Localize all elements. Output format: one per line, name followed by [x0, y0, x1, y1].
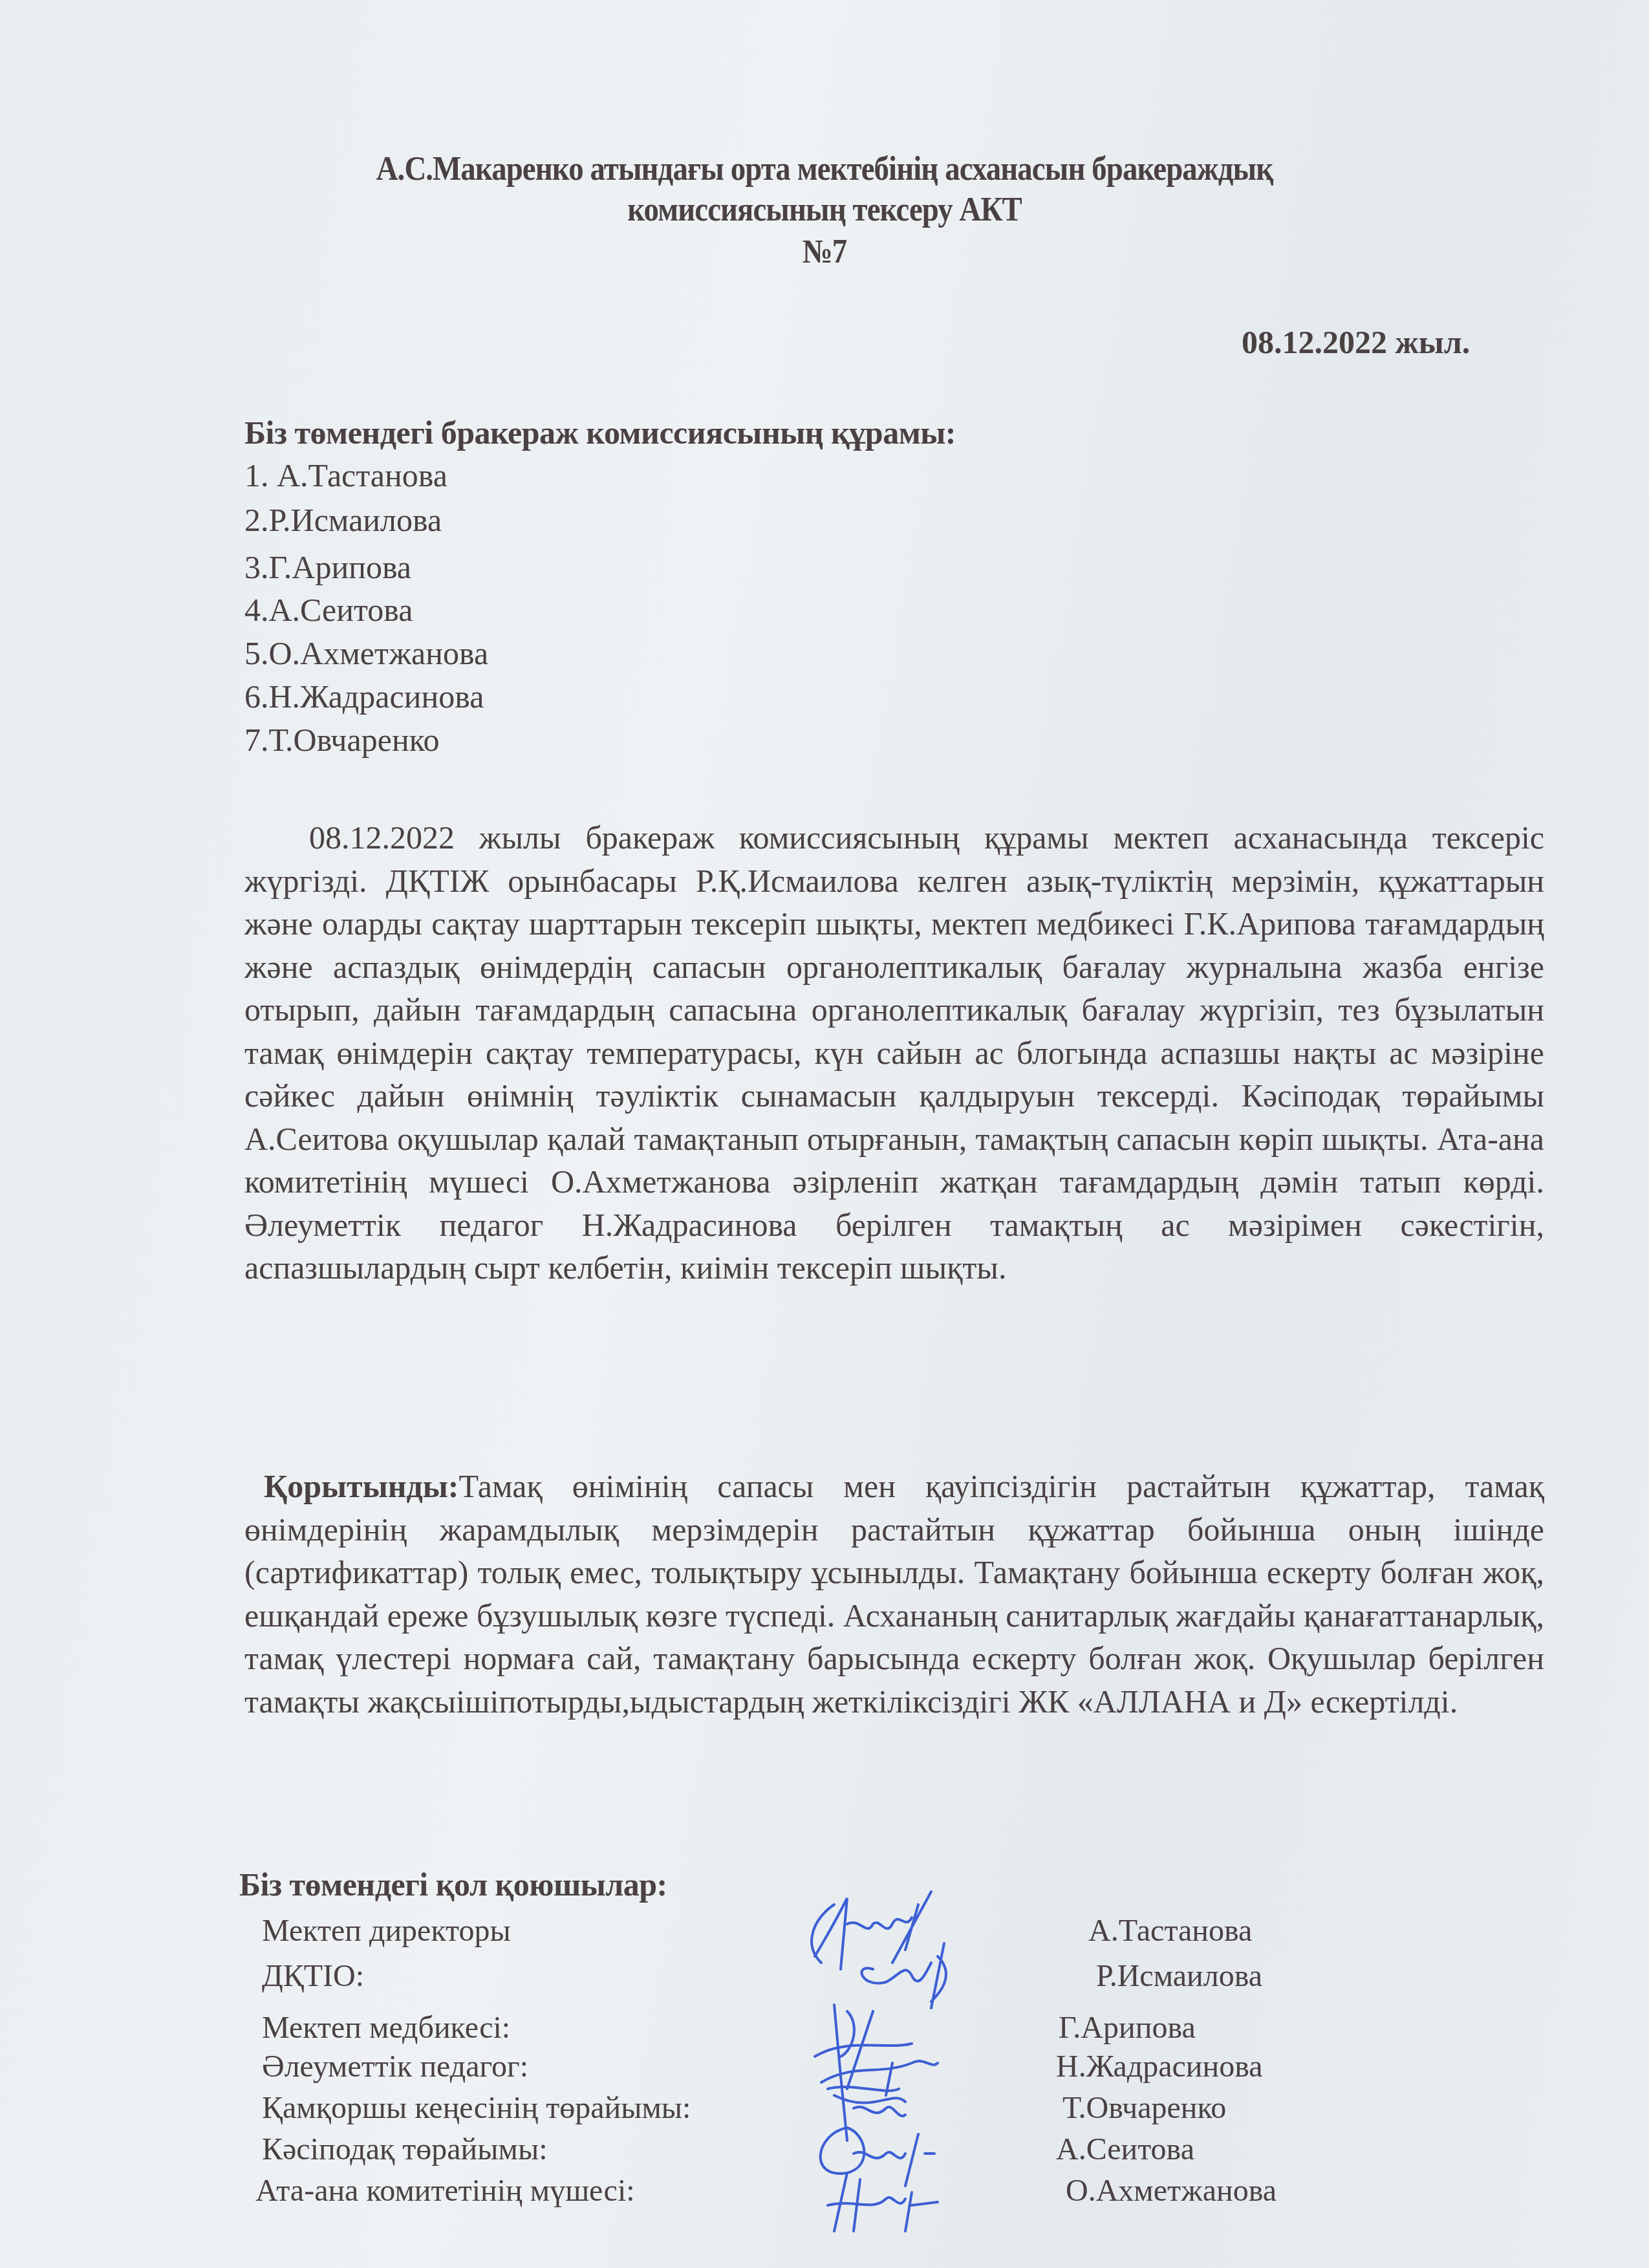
- signatory-role: Қамқоршы кеңесінің төрайымы:: [262, 2090, 691, 2126]
- commission-member: 6.Н.Жадрасинова: [244, 678, 484, 715]
- conclusion-label: Қорытынды:: [264, 1468, 459, 1504]
- signatory-name: Т.Овчаренко: [1062, 2090, 1226, 2126]
- inspection-paragraph: 08.12.2022 жылы бракераж комиссиясының қ…: [244, 816, 1544, 1290]
- inspection-text: 08.12.2022 жылы бракераж комиссиясының қ…: [244, 819, 1544, 1286]
- conclusion-paragraph: Қорытынды:Тамақ өнімінің сапасы мен қауі…: [244, 1465, 1544, 1723]
- signatures-heading: Біз төмендегі қол қоюшылар:: [239, 1866, 667, 1903]
- signatory-role: Ата-ана комитетінің мүшесі:: [255, 2173, 635, 2209]
- signatory-role: Әлеуметтік педагог:: [262, 2049, 528, 2084]
- commission-member: 3.Г.Арипова: [244, 548, 411, 586]
- commission-member: 4.А.Сеитова: [244, 591, 413, 629]
- signatory-role: Кәсіподақ төрайымы:: [262, 2132, 548, 2167]
- signatory-name: Р.Исмаилова: [1096, 1958, 1262, 1994]
- signatory-name: Н.Жадрасинова: [1056, 2049, 1263, 2084]
- signature-parents-icon: [808, 2166, 951, 2241]
- document-page: А.С.Макаренко атындағы орта мектебінің а…: [0, 0, 1649, 2268]
- signatory-role: Мектеп директоры: [262, 1913, 511, 1949]
- document-date: 08.12.2022 жыл.: [1242, 323, 1470, 361]
- signatory-name: А.Сеитова: [1056, 2132, 1194, 2167]
- document-title-line1: А.С.Макаренко атындағы орта мектебінің а…: [83, 150, 1567, 188]
- commission-member: 5.О.Ахметжанова: [244, 634, 488, 672]
- signatory-name: А.Тастанова: [1088, 1913, 1252, 1949]
- commission-member: 2.Р.Исмаилова: [244, 501, 442, 539]
- document-title-line2: комиссиясының тексеру АКТ: [83, 191, 1567, 229]
- signatory-name: Г.Арипова: [1059, 2010, 1196, 2046]
- signatory-role: ДҚТІО:: [262, 1958, 364, 1994]
- commission-member: 7.Т.Овчаренко: [244, 721, 439, 759]
- document-number: №7: [83, 233, 1567, 271]
- commission-member: 1. А.Тастанова: [244, 457, 447, 494]
- signatory-role: Мектеп медбикесі:: [262, 2010, 510, 2046]
- commission-heading: Біз төмендегі бракераж комиссиясының құр…: [244, 414, 956, 451]
- signatory-name: О.Ахметжанова: [1066, 2173, 1277, 2209]
- conclusion-text: Тамақ өнімінің сапасы мен қауіпсіздігін …: [244, 1468, 1544, 1720]
